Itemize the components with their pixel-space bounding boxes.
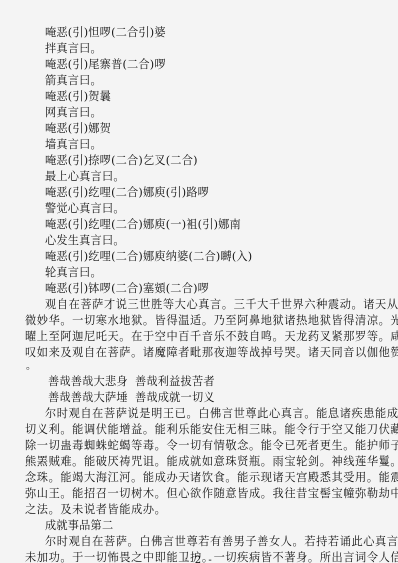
- paragraph-line: 切义利。能调伏能增益。能利乐能安住无相三昧。能令行于空又能刀伏藏。能: [25, 422, 367, 438]
- mantra-line: 箭真言曰。: [45, 73, 102, 89]
- verse-left: 善哉善哉大悲身: [48, 374, 128, 390]
- mantra-line: 唵恶(引)贺曩: [45, 89, 111, 105]
- mantra-line: 轮真言曰。: [45, 265, 102, 281]
- mantra-line: 拌真言曰。: [45, 41, 102, 57]
- mantra-line: 警觉心真言曰。: [45, 201, 125, 217]
- punctuation-dot: 。: [26, 362, 36, 372]
- mantra-line: 唵恶(引)娜贺: [45, 121, 111, 137]
- mantra-line: 唵恶(引)钵啰(二合)塞頞(二合)啰: [45, 281, 209, 297]
- mantra-line: 唵恶(引)捺啰(二合)乞叉(二合): [45, 153, 198, 169]
- document-page: 唵恶(引)怛啰(二合引)婆 拌真言曰。 唵恶(引)尾寨普(二合)啰 箭真言曰。 …: [0, 0, 398, 563]
- mantra-line: 唵恶(引)纥哩(二合)娜庾(引)路啰: [45, 185, 209, 201]
- mantra-line: 网真言曰。: [45, 105, 102, 121]
- paragraph-line: 叹如来及观自在菩萨。诸魔障者毗那夜迦等战掉号哭。诸天同音以伽他赞扬曰: [25, 345, 367, 361]
- mantra-line: 唵恶(引)纥哩(二合)娜庾(一)袓(引)娜南: [45, 217, 241, 233]
- mantra-line: 唵恶(引)尾寨普(二合)啰: [45, 57, 166, 73]
- paragraph-line: 弥山王。能招召一切树木。但心欲作随意皆成。我往昔宝髻宝幢弥勒劫中已说: [25, 486, 367, 502]
- mantra-line: 唵恶(引)怛啰(二合引)婆: [45, 25, 166, 41]
- verse-left: 善哉善哉大萨埵: [48, 390, 128, 406]
- paragraph-line: 除一切蛊毒蜘蛛蛇蝎等毒。令一切有情敬念。能令已死者更生。能护师子虎狼: [25, 438, 367, 454]
- paragraph-line: 观自在菩萨才说三世胜等大心真言。三千大千世界六种震动。诸天从空雨: [45, 297, 387, 313]
- page-number: - 2 -: [0, 555, 398, 563]
- section-title: 成就事品第二: [45, 518, 113, 534]
- mantra-line: 最上心真言曰。: [45, 169, 125, 185]
- paragraph-line: 微妙华。一切寒水地狱。皆得温适。乃至阿鼻地狱诸热地狱皆得清凉。光明照: [25, 313, 367, 329]
- verse-right: 善哉成就一切义: [135, 390, 215, 406]
- paragraph-line: 熊罴贼难。能破厌祷咒诅。能成就如意珠贤瓶。雨宝轮剑。神线莲华鬘。澡罐: [25, 454, 367, 470]
- mantra-line: 心发生真言曰。: [45, 233, 125, 249]
- paragraph-line: 尔时观自在菩萨说是明王已。白佛言世尊此心真言。能息诸疾患能成就一: [45, 406, 387, 422]
- mantra-line: 墙真言曰。: [45, 137, 102, 153]
- paragraph-line: 念珠。能竭大海江河。能成办天诸饮食。能示现诸天宫殿悉其受用。能震动须: [25, 470, 367, 486]
- verse-right: 善哉利益拔苦者: [135, 374, 215, 390]
- paragraph-line: 尔时观自在菩萨。白佛言世尊若有善男子善女人。若持若诵此心真言。虽: [45, 534, 387, 550]
- mantra-line: 唵恶(引)纥哩(二合)娜庾纳婆(二合)嚩(入): [45, 249, 252, 265]
- paragraph-line: 曜上至阿迦尼吒天。在于空中百千音乐不鼓自鸣。天龙药叉紧那罗等。咸皆赞: [25, 329, 367, 345]
- paragraph-line: 之法。及未说者皆能成办。: [25, 502, 367, 518]
